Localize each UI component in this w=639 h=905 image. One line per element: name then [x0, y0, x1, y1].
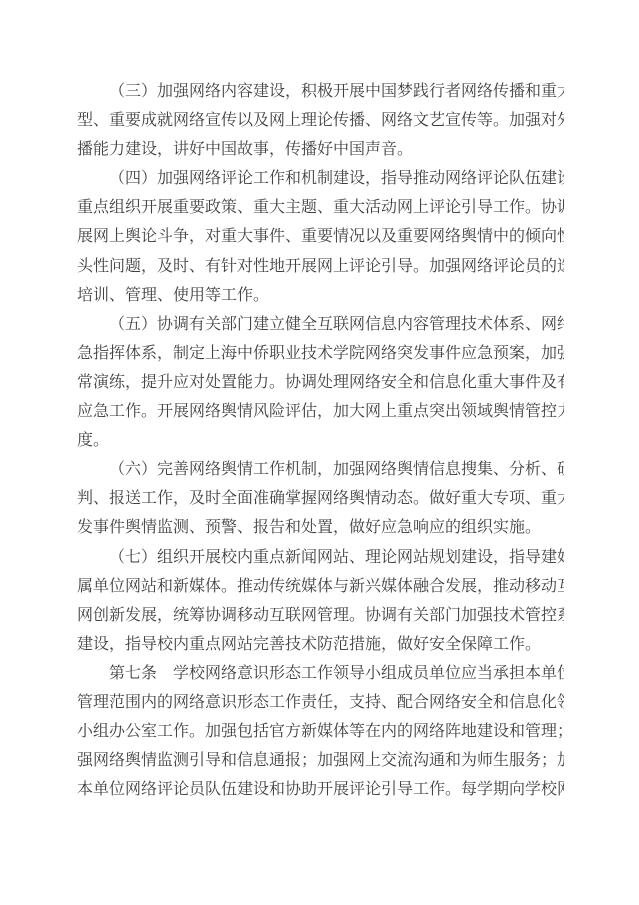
text-line: 强网络舆情监测引导和信息通报；加强网上交流沟通和为师生服务；加强 [77, 746, 564, 775]
paragraph-item-6: （六）完善网络舆情工作机制，加强网络舆情信息搜集、分析、研 判、报送工作，及时全… [77, 455, 564, 542]
text-line: （三）加强网络内容建设，积极开展中国梦践行者网络传播和重大典 [77, 77, 564, 106]
document-page: （三）加强网络内容建设，积极开展中国梦践行者网络传播和重大典 型、重要成就网络宣… [0, 0, 639, 905]
text-line: 头性问题，及时、有针对性地开展网上评论引导。加强网络评论员的选拔 [77, 252, 564, 281]
text-line: 建设，指导校内重点网站完善技术防范措施，做好安全保障工作。 [77, 630, 564, 659]
paragraph-item-3: （三）加强网络内容建设，积极开展中国梦践行者网络传播和重大典 型、重要成就网络宣… [77, 77, 564, 164]
text-line: （四）加强网络评论工作和机制建设，指导推动网络评论队伍建设， [77, 164, 564, 193]
text-line: （五）协调有关部门建立健全互联网信息内容管理技术体系、网络应 [77, 310, 564, 339]
text-line: 重点组织开展重要政策、重大主题、重大活动网上评论引导工作。协调开 [77, 193, 564, 222]
text-line: （七）组织开展校内重点新闻网站、理论网站规划建设，指导建好校 [77, 543, 564, 572]
paragraph-item-7: （七）组织开展校内重点新闻网站、理论网站规划建设，指导建好校 属单位网站和新媒体… [77, 543, 564, 659]
text-line: 应急工作。开展网络舆情风险评估，加大网上重点突出领域舆情管控力 [77, 397, 564, 426]
text-line: 型、重要成就网络宣传以及网上理论传播、网络文艺宣传等。加强对外传 [77, 106, 564, 135]
paragraph-item-5: （五）协调有关部门建立健全互联网信息内容管理技术体系、网络应 急指挥体系，制定上… [77, 310, 564, 455]
text-line: 展网上舆论斗争，对重大事件、重要情况以及重要网络舆情中的倾向性苗 [77, 222, 564, 251]
document-text-block: （三）加强网络内容建设，积极开展中国梦践行者网络传播和重大典 型、重要成就网络宣… [77, 77, 564, 804]
paragraph-article-7: 第七条 学校网络意识形态工作领导小组成员单位应当承担本单位及 管理范围内的网络意… [77, 659, 564, 804]
text-line: 第七条 学校网络意识形态工作领导小组成员单位应当承担本单位及 [77, 659, 564, 688]
text-line: 发事件舆情监测、预警、报告和处置，做好应急响应的组织实施。 [77, 513, 564, 542]
text-line: 判、报送工作，及时全面准确掌握网络舆情动态。做好重大专项、重大突 [77, 484, 564, 513]
text-line: 常演练，提升应对处置能力。协调处理网络安全和信息化重大事件及有关 [77, 368, 564, 397]
text-line: 度。 [77, 426, 564, 455]
text-line: 本单位网络评论员队伍建设和协助开展评论引导工作。每学期向学校网络 [77, 775, 564, 804]
text-line: 培训、管理、使用等工作。 [77, 281, 564, 310]
text-line: 属单位网站和新媒体。推动传统媒体与新兴媒体融合发展，推动移动互联 [77, 572, 564, 601]
paragraph-item-4: （四）加强网络评论工作和机制建设，指导推动网络评论队伍建设， 重点组织开展重要政… [77, 164, 564, 309]
text-line: 网创新发展，统筹协调移动互联网管理。协调有关部门加强技术管控系统 [77, 601, 564, 630]
text-line: 管理范围内的网络意识形态工作责任，支持、配合网络安全和信息化领导 [77, 688, 564, 717]
text-line: （六）完善网络舆情工作机制，加强网络舆情信息搜集、分析、研 [77, 455, 564, 484]
text-line: 急指挥体系，制定上海中侨职业技术学院网络突发事件应急预案，加强日 [77, 339, 564, 368]
text-line: 小组办公室工作。加强包括官方新媒体等在内的网络阵地建设和管理；加 [77, 717, 564, 746]
text-line: 播能力建设，讲好中国故事，传播好中国声音。 [77, 135, 564, 164]
